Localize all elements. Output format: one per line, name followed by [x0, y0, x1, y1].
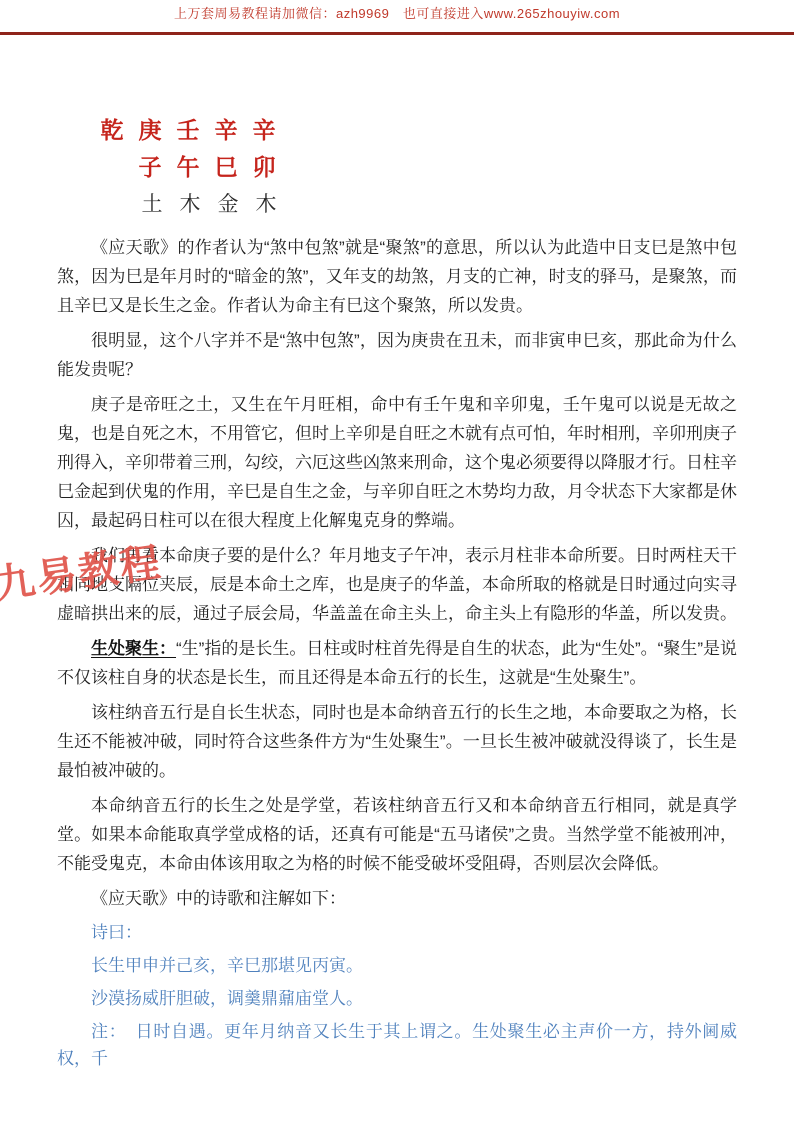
bazi-chart: 乾 庚 壬 辛 辛 子 午 巳 卯 土 木 金 木 [57, 112, 737, 223]
paragraph-henmingxian: 很明显，这个八字并不是“煞中包煞”，因为庚贵在丑未，而非寅申巳亥，那此命为什么能… [57, 326, 737, 384]
page-header: 上万套周易教程请加微信：azh9969 也可直接进入www.265zhouyiw… [0, 3, 794, 22]
bazi-stem-month: 壬 [169, 112, 207, 149]
verse-note: 注： 日时自遇。更年月纳音又长生于其上谓之。生处聚生必主声价一方，持外阃威权，千 [57, 1018, 737, 1072]
paragraph-shazhongbaosha: 《应天歌》的作者认为“煞中包煞”就是“聚煞”的意思，所以认为此造中日支巳是煞中包… [57, 233, 737, 320]
verse-line-2: 沙漠扬威肝胆破，调羹鼎鼐庙堂人。 [57, 985, 737, 1012]
bazi-element-hour: 木 [247, 186, 285, 223]
verse-line-1: 长生甲申并己亥，辛巳那堪见丙寅。 [57, 952, 737, 979]
bazi-stem-year: 庚 [131, 112, 169, 149]
bazi-stem-hour: 辛 [245, 112, 283, 149]
verse-label: 诗曰： [57, 919, 737, 946]
bazi-elements-row: 土 木 金 木 [133, 186, 737, 223]
paragraph-gengzi-analysis: 庚子是帝旺之土，又生在午月旺相，命中有壬午鬼和辛卯鬼，壬午鬼可以说是无故之鬼，也… [57, 390, 737, 535]
term-shengchujusheng: 生处聚生： [91, 639, 176, 658]
bazi-stems-row: 乾 庚 壬 辛 辛 [93, 112, 737, 149]
header-divider [0, 32, 794, 35]
paragraph-yingtiange-intro: 《应天歌》中的诗歌和注解如下： [57, 884, 737, 913]
header-promo-text: 上万套周易教程请加微信：azh9969 也可直接进入www.265zhouyiw… [174, 6, 620, 21]
bazi-element-year: 土 [133, 186, 171, 223]
bazi-element-day: 金 [209, 186, 247, 223]
bazi-branch-day: 巳 [207, 149, 245, 186]
paragraph-shengchujusheng: 生处聚生：“生”指的是长生。日柱或时柱首先得是自生的状态，此为“生处”。“聚生”… [57, 634, 737, 692]
bazi-stem-day: 辛 [207, 112, 245, 149]
bazi-branches-row: 子 午 巳 卯 [131, 149, 737, 186]
paragraph-xuetang: 本命纳音五行的长生之处是学堂，若该柱纳音五行又和本命纳音五行相同，就是真学堂。如… [57, 791, 737, 878]
document-content: 乾 庚 壬 辛 辛 子 午 巳 卯 土 木 金 木 《应天歌》的作者认为“煞中包… [57, 112, 737, 1078]
bazi-gender-char: 乾 [93, 112, 131, 149]
paragraph-nayin-changsheng: 该柱纳音五行是自长生状态，同时也是本命纳音五行的长生之地，本命要取之为格，长生还… [57, 698, 737, 785]
bazi-element-month: 木 [171, 186, 209, 223]
bazi-branch-month: 午 [169, 149, 207, 186]
bazi-branch-year: 子 [131, 149, 169, 186]
bazi-branch-hour: 卯 [245, 149, 283, 186]
document-page: 上万套周易教程请加微信：azh9969 也可直接进入www.265zhouyiw… [0, 0, 794, 1123]
